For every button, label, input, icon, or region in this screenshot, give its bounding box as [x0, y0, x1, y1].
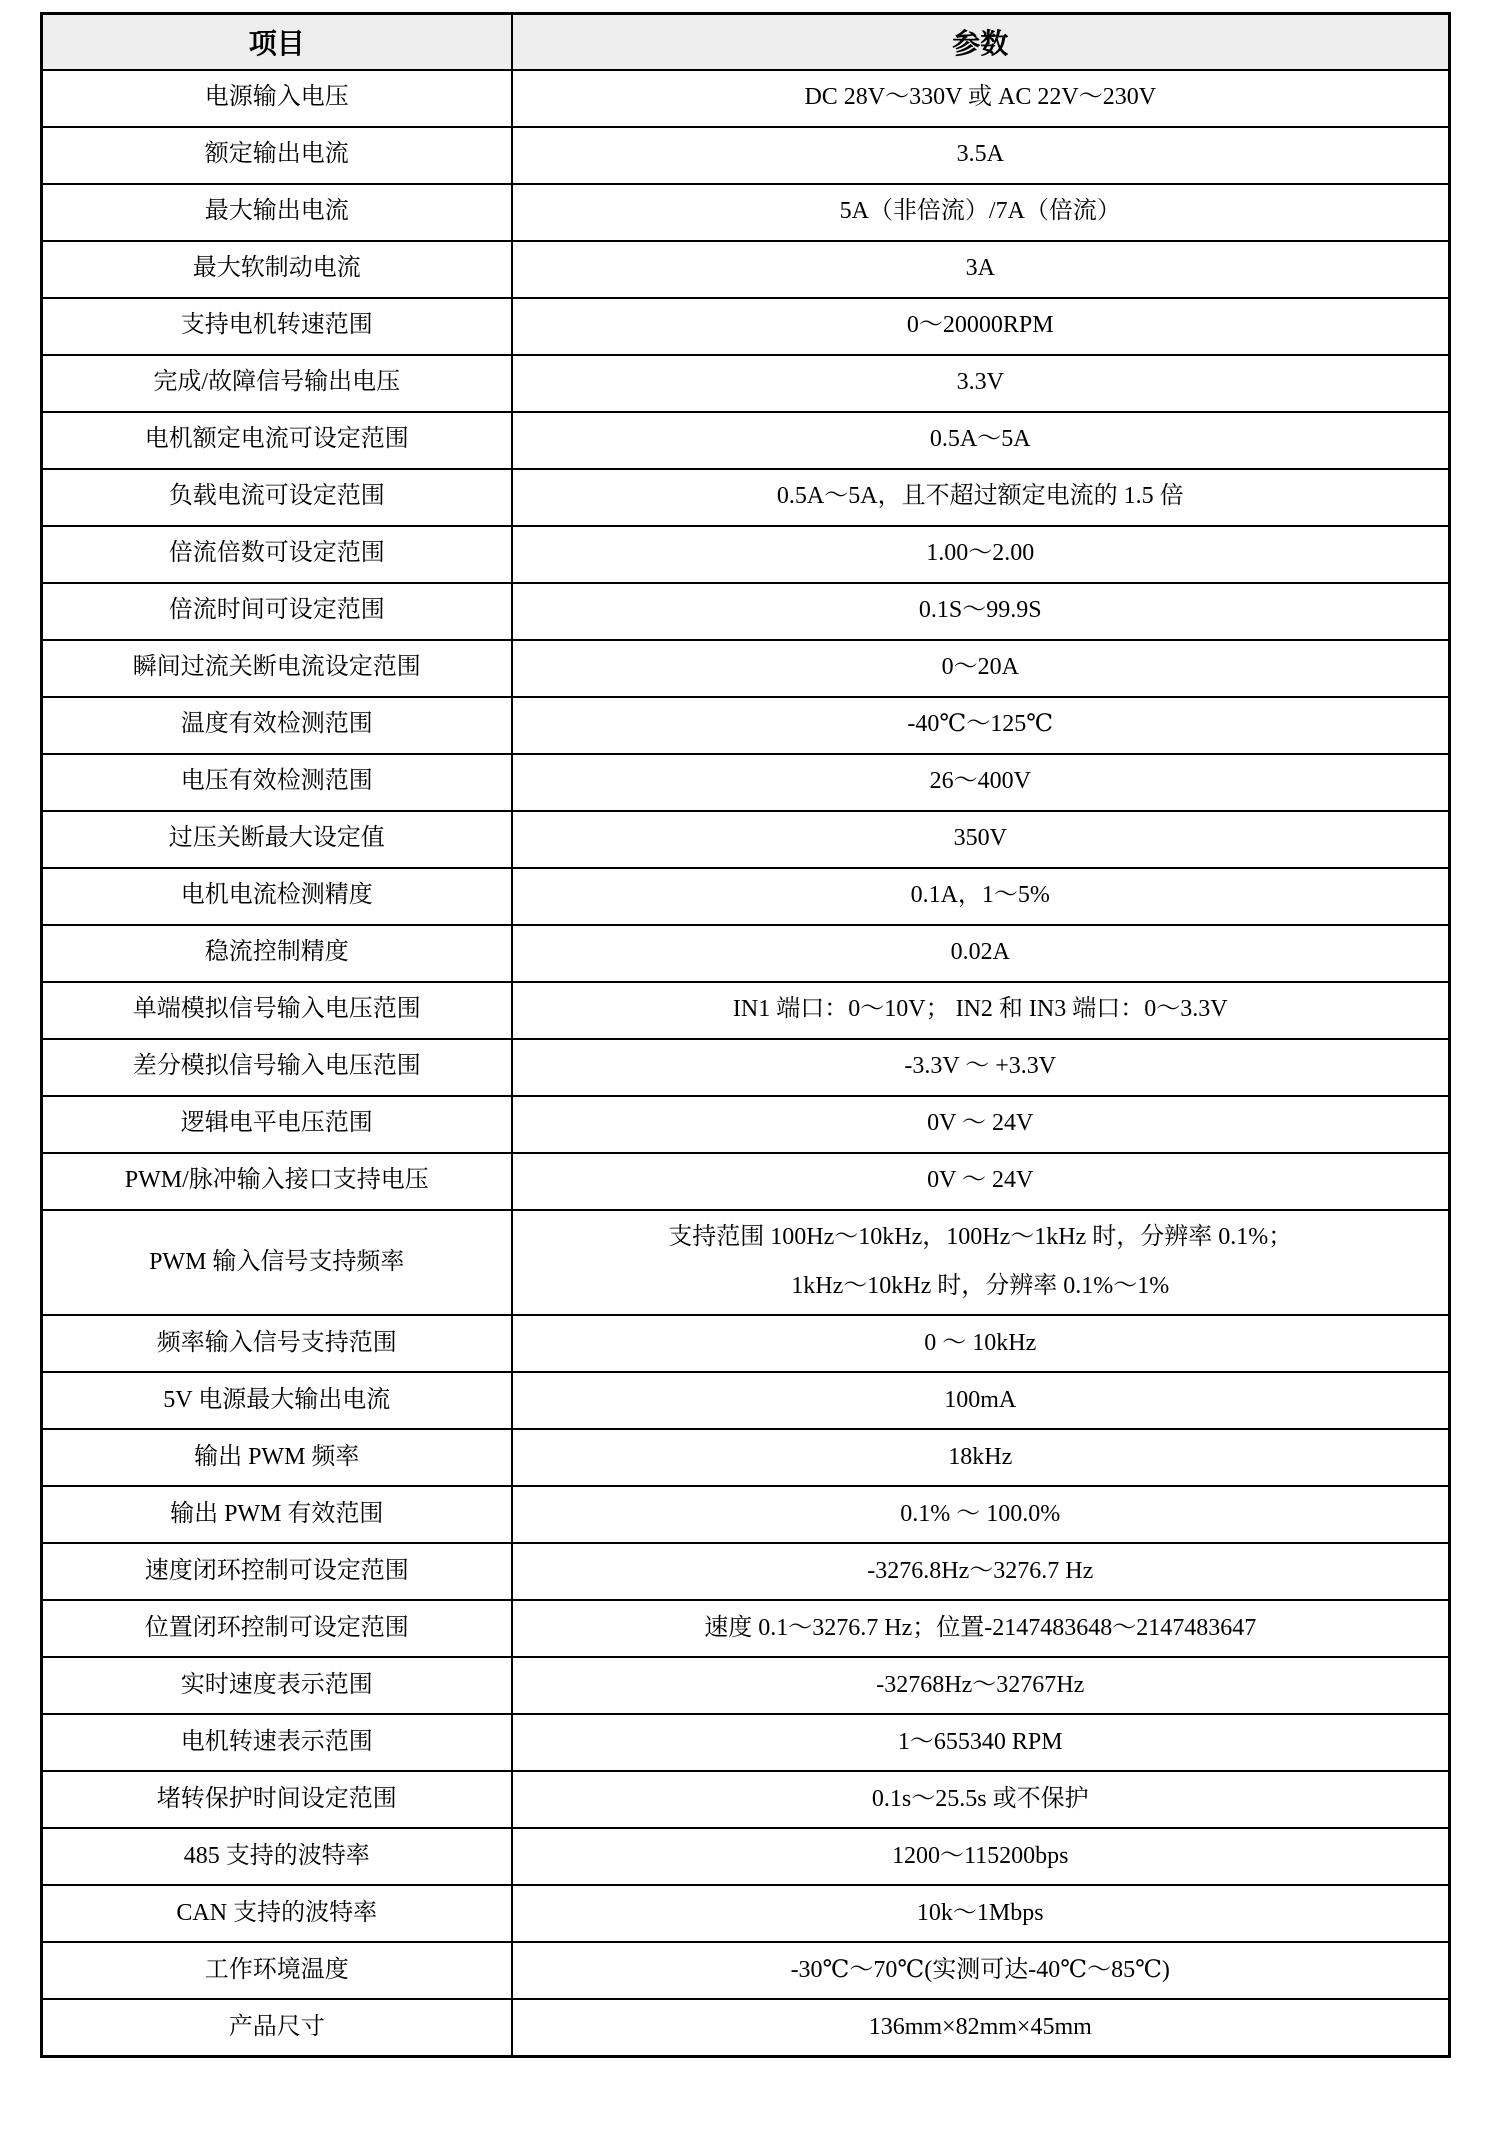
item-cell: 单端模拟信号输入电压范围 [42, 982, 512, 1039]
table-row: 电压有效检测范围26～400V [42, 754, 1450, 811]
table-row: PWM/脉冲输入接口支持电压0V ～ 24V [42, 1153, 1450, 1210]
param-cell: 0.1S～99.9S [512, 583, 1450, 640]
param-cell: 速度 0.1～3276.7 Hz；位置-2147483648～214748364… [512, 1600, 1450, 1657]
item-cell: 5V 电源最大输出电流 [42, 1372, 512, 1429]
table-row: 额定输出电流3.5A [42, 127, 1450, 184]
table-row: 负载电流可设定范围0.5A～5A，且不超过额定电流的 1.5 倍 [42, 469, 1450, 526]
table-row: CAN 支持的波特率10k～1Mbps [42, 1885, 1450, 1942]
item-cell: 电机转速表示范围 [42, 1714, 512, 1771]
param-cell: 5A（非倍流）/7A（倍流） [512, 184, 1450, 241]
table-row: 瞬间过流关断电流设定范围0～20A [42, 640, 1450, 697]
item-cell: 输出 PWM 有效范围 [42, 1486, 512, 1543]
item-cell: 负载电流可设定范围 [42, 469, 512, 526]
item-cell: 电机电流检测精度 [42, 868, 512, 925]
table-row: 实时速度表示范围-32768Hz～32767Hz [42, 1657, 1450, 1714]
table-row: 输出 PWM 频率18kHz [42, 1429, 1450, 1486]
table-row: 支持电机转速范围0～20000RPM [42, 298, 1450, 355]
param-cell: 3A [512, 241, 1450, 298]
item-cell: CAN 支持的波特率 [42, 1885, 512, 1942]
param-cell: 3.5A [512, 127, 1450, 184]
param-cell: 10k～1Mbps [512, 1885, 1450, 1942]
item-cell: 速度闭环控制可设定范围 [42, 1543, 512, 1600]
param-cell: 26～400V [512, 754, 1450, 811]
table-row: 温度有效检测范围-40℃～125℃ [42, 697, 1450, 754]
param-cell: 0V ～ 24V [512, 1096, 1450, 1153]
param-cell: -30℃～70℃(实测可达-40℃～85℃) [512, 1942, 1450, 1999]
item-cell: 倍流时间可设定范围 [42, 583, 512, 640]
param-cell: 0～20000RPM [512, 298, 1450, 355]
item-cell: 逻辑电平电压范围 [42, 1096, 512, 1153]
item-cell: 最大输出电流 [42, 184, 512, 241]
item-cell: 瞬间过流关断电流设定范围 [42, 640, 512, 697]
param-cell: 0.5A～5A，且不超过额定电流的 1.5 倍 [512, 469, 1450, 526]
table-row: 输出 PWM 有效范围0.1% ～ 100.0% [42, 1486, 1450, 1543]
param-cell: -3.3V ～ +3.3V [512, 1039, 1450, 1096]
item-cell: 电机额定电流可设定范围 [42, 412, 512, 469]
table-row: 完成/故障信号输出电压3.3V [42, 355, 1450, 412]
table-row: 最大软制动电流3A [42, 241, 1450, 298]
table-row: 倍流倍数可设定范围1.00～2.00 [42, 526, 1450, 583]
item-cell: 差分模拟信号输入电压范围 [42, 1039, 512, 1096]
header-row: 项目 参数 [42, 14, 1450, 70]
table-row: 速度闭环控制可设定范围-3276.8Hz～3276.7 Hz [42, 1543, 1450, 1600]
document-page: 项目 参数 电源输入电压DC 28V～330V 或 AC 22V～230V额定输… [0, 0, 1500, 2058]
param-cell: 350V [512, 811, 1450, 868]
param-cell: 1.00～2.00 [512, 526, 1450, 583]
item-cell: 倍流倍数可设定范围 [42, 526, 512, 583]
param-cell: DC 28V～330V 或 AC 22V～230V [512, 70, 1450, 127]
table-row: PWM 输入信号支持频率支持范围 100Hz～10kHz，100Hz～1kHz … [42, 1210, 1450, 1316]
table-row: 485 支持的波特率1200～115200bps [42, 1828, 1450, 1885]
item-cell: 额定输出电流 [42, 127, 512, 184]
table-row: 产品尺寸136mm×82mm×45mm [42, 1999, 1450, 2056]
table-row: 堵转保护时间设定范围0.1s～25.5s 或不保护 [42, 1771, 1450, 1828]
item-cell: 过压关断最大设定值 [42, 811, 512, 868]
table-row: 单端模拟信号输入电压范围IN1 端口：0～10V； IN2 和 IN3 端口：0… [42, 982, 1450, 1039]
param-cell: 0V ～ 24V [512, 1153, 1450, 1210]
header-cell-item: 项目 [42, 14, 512, 70]
item-cell: 稳流控制精度 [42, 925, 512, 982]
param-cell: IN1 端口：0～10V； IN2 和 IN3 端口：0～3.3V [512, 982, 1450, 1039]
item-cell: 输出 PWM 频率 [42, 1429, 512, 1486]
param-cell: 136mm×82mm×45mm [512, 1999, 1450, 2056]
item-cell: 位置闭环控制可设定范围 [42, 1600, 512, 1657]
param-cell: -32768Hz～32767Hz [512, 1657, 1450, 1714]
item-cell: PWM 输入信号支持频率 [42, 1210, 512, 1316]
item-cell: 支持电机转速范围 [42, 298, 512, 355]
param-cell: 0.1A，1～5% [512, 868, 1450, 925]
param-cell: 0～20A [512, 640, 1450, 697]
param-cell: -40℃～125℃ [512, 697, 1450, 754]
item-cell: 完成/故障信号输出电压 [42, 355, 512, 412]
param-cell: 1～655340 RPM [512, 1714, 1450, 1771]
param-cell: 0.5A～5A [512, 412, 1450, 469]
table-row: 差分模拟信号输入电压范围-3.3V ～ +3.3V [42, 1039, 1450, 1096]
item-cell: 电压有效检测范围 [42, 754, 512, 811]
param-cell: 3.3V [512, 355, 1450, 412]
table-row: 稳流控制精度0.02A [42, 925, 1450, 982]
table-row: 工作环境温度-30℃～70℃(实测可达-40℃～85℃) [42, 1942, 1450, 1999]
item-cell: 电源输入电压 [42, 70, 512, 127]
param-cell: 18kHz [512, 1429, 1450, 1486]
param-cell: 1200～115200bps [512, 1828, 1450, 1885]
table-row: 电机额定电流可设定范围0.5A～5A [42, 412, 1450, 469]
param-cell: 支持范围 100Hz～10kHz，100Hz～1kHz 时，分辨率 0.1%； … [512, 1210, 1450, 1316]
param-cell: 100mA [512, 1372, 1450, 1429]
spec-table-body: 电源输入电压DC 28V～330V 或 AC 22V～230V额定输出电流3.5… [42, 70, 1450, 2057]
table-row: 倍流时间可设定范围0.1S～99.9S [42, 583, 1450, 640]
param-cell: -3276.8Hz～3276.7 Hz [512, 1543, 1450, 1600]
table-row: 电机电流检测精度0.1A，1～5% [42, 868, 1450, 925]
item-cell: 产品尺寸 [42, 1999, 512, 2056]
table-row: 5V 电源最大输出电流100mA [42, 1372, 1450, 1429]
table-row: 逻辑电平电压范围0V ～ 24V [42, 1096, 1450, 1153]
table-row: 频率输入信号支持范围0 ～ 10kHz [42, 1315, 1450, 1372]
param-cell: 0.1% ～ 100.0% [512, 1486, 1450, 1543]
param-cell: 0.02A [512, 925, 1450, 982]
table-row: 过压关断最大设定值350V [42, 811, 1450, 868]
param-cell: 0.1s～25.5s 或不保护 [512, 1771, 1450, 1828]
item-cell: 工作环境温度 [42, 1942, 512, 1999]
table-row: 位置闭环控制可设定范围速度 0.1～3276.7 Hz；位置-214748364… [42, 1600, 1450, 1657]
item-cell: 485 支持的波特率 [42, 1828, 512, 1885]
item-cell: 实时速度表示范围 [42, 1657, 512, 1714]
header-cell-param: 参数 [512, 14, 1450, 70]
spec-table: 项目 参数 电源输入电压DC 28V～330V 或 AC 22V～230V额定输… [40, 12, 1451, 2058]
item-cell: 频率输入信号支持范围 [42, 1315, 512, 1372]
table-row: 电机转速表示范围1～655340 RPM [42, 1714, 1450, 1771]
item-cell: 堵转保护时间设定范围 [42, 1771, 512, 1828]
item-cell: 最大软制动电流 [42, 241, 512, 298]
table-row: 电源输入电压DC 28V～330V 或 AC 22V～230V [42, 70, 1450, 127]
table-row: 最大输出电流5A（非倍流）/7A（倍流） [42, 184, 1450, 241]
item-cell: PWM/脉冲输入接口支持电压 [42, 1153, 512, 1210]
param-cell: 0 ～ 10kHz [512, 1315, 1450, 1372]
item-cell: 温度有效检测范围 [42, 697, 512, 754]
